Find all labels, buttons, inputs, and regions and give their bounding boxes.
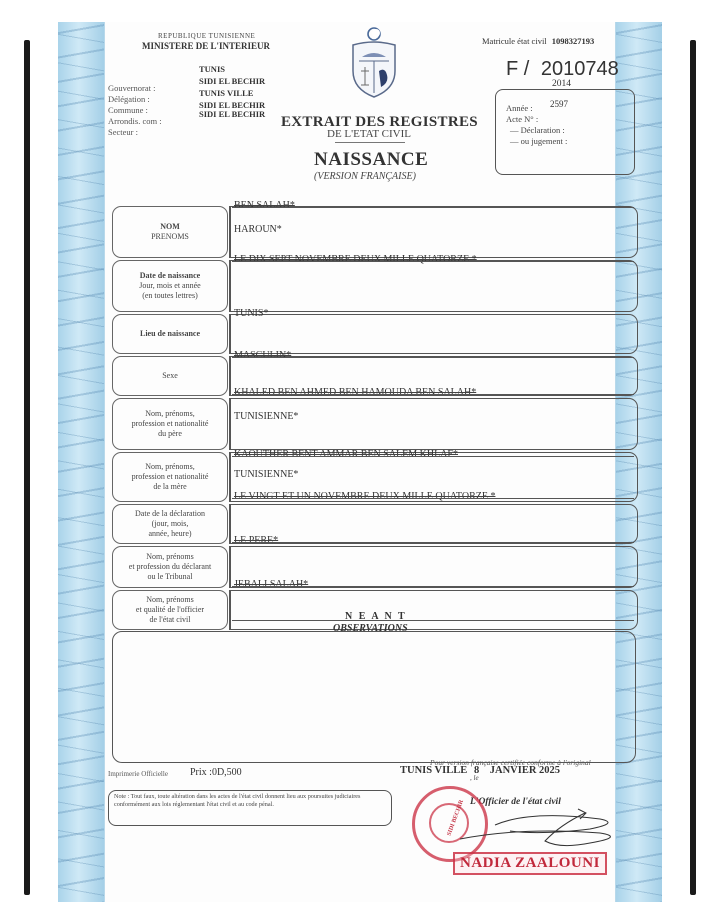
row-label: Nom, prénoms,profession et nationalitédu… xyxy=(112,398,228,450)
fill-line xyxy=(232,261,634,262)
row-label-text: Date de la déclaration(jour, mois,année,… xyxy=(135,509,205,539)
admin-values: TUNIS SIDI EL BECHIR TUNIS VILLE SIDI EL… xyxy=(199,64,265,120)
row-label-line: profession et nationalité xyxy=(132,472,209,482)
fill-line xyxy=(232,456,634,457)
secteur-label: Secteur : xyxy=(108,127,162,138)
row-label: NOMPRENOMS xyxy=(112,206,228,258)
fill-line xyxy=(232,542,634,543)
delegation-value: TUNIS VILLE xyxy=(199,88,265,99)
version-label: (VERSION FRANÇAISE) xyxy=(314,171,416,182)
row-value-secondary: TUNISIENNE* xyxy=(234,411,298,422)
row-label-line: Jour, mois et année xyxy=(139,281,200,291)
place-label: TUNIS VILLE xyxy=(400,765,467,776)
fill-line xyxy=(232,207,634,208)
ministry-label: MINISTERE DE L'INTERIEUR xyxy=(142,41,270,51)
decorative-border-left xyxy=(58,22,105,902)
row-value-field xyxy=(229,398,638,450)
row-value-primary: KAOUTHER BENT AMMAR BEN SALEM KHLAF* xyxy=(234,449,458,460)
row-label-line: Nom, prénoms xyxy=(136,595,204,605)
row-value-field xyxy=(229,206,638,258)
row-label-line: PRENOMS xyxy=(151,232,189,242)
delegation-label: Délégation : xyxy=(108,94,162,105)
register-number-value: 2010748 xyxy=(541,58,619,80)
matricule-label: Matricule état civil xyxy=(482,36,547,46)
annee-label: Année : xyxy=(506,103,567,114)
row-label: Nom, prénomset qualité de l'officierde l… xyxy=(112,590,228,630)
admin-labels: Gouvernorat : Délégation : Commune : Arr… xyxy=(108,83,162,138)
row-value-primary: LE DIX SEPT NOVEMBRE DEUX MILLE QUATORZE… xyxy=(234,254,477,265)
row-label-line: de la mère xyxy=(132,482,209,492)
row-label-text: Lieu de naissance xyxy=(140,329,200,339)
row-label: Lieu de naissance xyxy=(112,314,228,354)
fill-line xyxy=(232,586,634,587)
jugement-label: — ou jugement : xyxy=(510,136,567,147)
row-value-field xyxy=(229,504,638,544)
row-label-line: ou le Tribunal xyxy=(129,572,211,582)
price-label: Prix :0D,500 xyxy=(190,767,242,778)
row-label-text: Date de naissanceJour, mois et année(en … xyxy=(139,271,200,301)
row-label-text: Nom, prénoms,profession et nationalitéde… xyxy=(132,462,209,492)
row-label-line: année, heure) xyxy=(135,529,205,539)
row-label-line: profession et nationalité xyxy=(132,419,209,429)
scan-shadow-left xyxy=(24,40,30,895)
observations-box xyxy=(112,631,636,763)
row-value-field xyxy=(229,590,638,630)
printer-label: Imprimerie Officielle xyxy=(108,770,168,778)
title-underline xyxy=(335,142,405,143)
fill-line xyxy=(232,357,634,358)
fill-line xyxy=(232,498,634,499)
legal-note: Note : Tout faux, toute altération dans … xyxy=(114,793,384,809)
row-label-text: Nom, prénoms,profession et nationalitédu… xyxy=(132,409,209,439)
row-label: Date de la déclaration(jour, mois,année,… xyxy=(112,504,228,544)
row-value-secondary: HAROUN* xyxy=(234,224,282,235)
arrondissement-value: SIDI EL BECHIR xyxy=(199,109,265,120)
row-value-primary: BEN SALAH* xyxy=(234,200,295,211)
row-label-line: Date de naissance xyxy=(139,271,200,281)
observations-label: OBSERVATIONS xyxy=(333,623,408,634)
gouvernorat-detail-value: SIDI EL BECHIR xyxy=(199,76,265,87)
coat-of-arms-icon xyxy=(345,27,403,99)
gouvernorat-label: Gouvernorat : xyxy=(108,83,162,94)
neant-text: N E A N T xyxy=(345,611,407,622)
row-label-text: NOMPRENOMS xyxy=(151,222,189,242)
commune-label: Commune : xyxy=(108,105,162,116)
row-label-line: Lieu de naissance xyxy=(140,329,200,339)
annee-value: 2014 xyxy=(552,79,571,89)
row-label-line: Nom, prénoms, xyxy=(132,409,209,419)
row-label-line: Nom, prénoms, xyxy=(132,462,209,472)
row-label-line: Date de la déclaration xyxy=(135,509,205,519)
declaration-label: — Déclaration : xyxy=(510,125,567,136)
register-number: F / 2010748 xyxy=(506,58,619,81)
row-label-line: Sexe xyxy=(162,371,178,381)
republic-label: REPUBLIQUE TUNISIENNE xyxy=(158,32,255,40)
row-value-primary: LE VINGT ET UN NOVEMBRE DEUX MILLE QUATO… xyxy=(234,491,495,502)
scan-shadow-right xyxy=(690,40,696,895)
fill-line xyxy=(232,394,634,395)
row-value-primary: LE PERE* xyxy=(234,535,278,546)
row-label-line: (en toutes lettres) xyxy=(139,291,200,301)
gouvernorat-value: TUNIS xyxy=(199,64,265,75)
date-label: 8 JANVIER 2025 xyxy=(474,765,560,776)
row-label-line: et qualité de l'officier xyxy=(136,605,204,615)
row-label-line: du père xyxy=(132,429,209,439)
row-label-line: de l'état civil xyxy=(136,615,204,625)
row-value-primary: MASCULIN* xyxy=(234,350,291,361)
row-label-line: et profession du déclarant xyxy=(129,562,211,572)
neant-rule xyxy=(232,620,634,621)
register-prefix: F / xyxy=(506,58,529,80)
row-label-text: Nom, prénomset profession du déclarantou… xyxy=(129,552,211,582)
matricule-value: 1098327193 xyxy=(552,36,595,46)
document-subtitle: DE L'ETAT CIVIL xyxy=(327,128,411,140)
arrondissement-label: Arrondis. com : xyxy=(108,116,162,127)
row-label-text: Sexe xyxy=(162,371,178,381)
officer-name-stamp: NADIA ZAALOUNI xyxy=(453,852,607,875)
row-label-line: (jour, mois, xyxy=(135,519,205,529)
act-type-title: NAISSANCE xyxy=(314,149,428,171)
row-value-primary: TUNIS* xyxy=(234,308,268,319)
row-label: Sexe xyxy=(112,356,228,396)
row-value-primary: JEBALI SALAH* xyxy=(234,579,308,590)
signature-icon xyxy=(450,805,640,855)
acte-label: Acte N° : xyxy=(506,114,567,125)
row-value-primary: KHALED BEN AHMED BEN HAMOUDA BEN SALAH* xyxy=(234,387,476,398)
row-label: Date de naissanceJour, mois et année(en … xyxy=(112,260,228,312)
matricule: Matricule état civil 1098327193 xyxy=(482,36,594,46)
row-value-field xyxy=(229,314,638,354)
row-value-secondary: TUNISIENNE* xyxy=(234,469,298,480)
row-label-line: Nom, prénoms xyxy=(129,552,211,562)
row-label-line: NOM xyxy=(151,222,189,232)
row-value-field xyxy=(229,260,638,312)
row-label: Nom, prénoms,profession et nationalitéde… xyxy=(112,452,228,502)
row-label-text: Nom, prénomset qualité de l'officierde l… xyxy=(136,595,204,625)
row-label: Nom, prénomset profession du déclarantou… xyxy=(112,546,228,588)
acte-labels: Année : Acte N° : — Déclaration : — ou j… xyxy=(506,103,567,147)
